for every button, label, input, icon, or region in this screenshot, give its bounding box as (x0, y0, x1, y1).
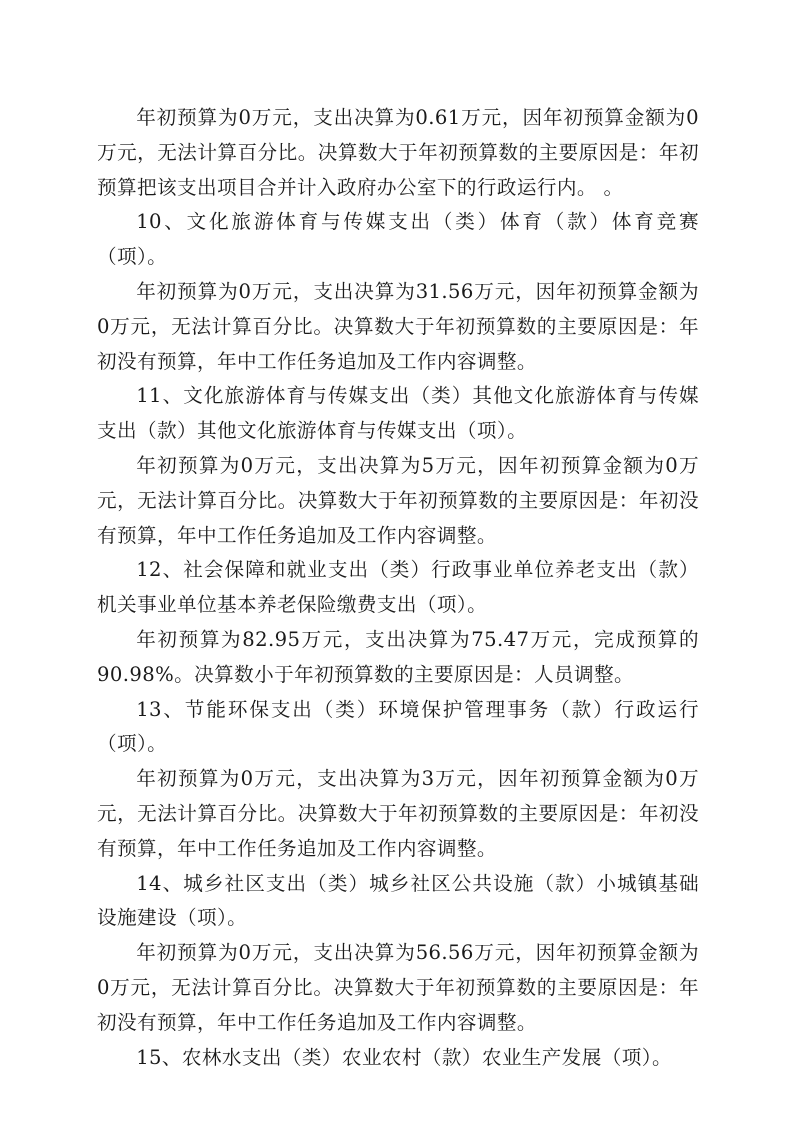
item-heading-12: 12、社会保障和就业支出（类）行政事业单位养老支出（款）机关事业单位基本养老保险… (97, 553, 699, 623)
item-heading-10: 10、文化旅游体育与传媒支出（类）体育（款）体育竞赛（项）。 (97, 205, 699, 275)
budget-explanation-paragraph: 年初预算为0万元，支出决算为56.56万元，因年初预算金额为0万元，无法计算百分… (97, 936, 699, 1040)
item-heading-15: 15、农林水支出（类）农业农村（款）农业生产发展（项）。 (97, 1041, 699, 1076)
budget-explanation-paragraph: 年初预算为82.95万元，支出决算为75.47万元，完成预算的90.98%。决算… (97, 623, 699, 693)
document-page: 年初预算为0万元，支出决算为0.61万元，因年初预算金额为0万元，无法计算百分比… (97, 101, 699, 1075)
item-heading-14: 14、城乡社区支出（类）城乡社区公共设施（款）小城镇基础设施建设（项）。 (97, 867, 699, 937)
budget-explanation-paragraph: 年初预算为0万元，支出决算为5万元，因年初预算金额为0万元，无法计算百分比。决算… (97, 449, 699, 553)
item-heading-13: 13、节能环保支出（类）环境保护管理事务（款）行政运行（项）。 (97, 693, 699, 763)
budget-explanation-paragraph: 年初预算为0万元，支出决算为31.56万元，因年初预算金额为0万元，无法计算百分… (97, 275, 699, 379)
item-heading-11: 11、文化旅游体育与传媒支出（类）其他文化旅游体育与传媒支出（款）其他文化旅游体… (97, 379, 699, 449)
budget-explanation-paragraph: 年初预算为0万元，支出决算为3万元，因年初预算金额为0万元，无法计算百分比。决算… (97, 762, 699, 866)
budget-explanation-paragraph: 年初预算为0万元，支出决算为0.61万元，因年初预算金额为0万元，无法计算百分比… (97, 101, 699, 205)
